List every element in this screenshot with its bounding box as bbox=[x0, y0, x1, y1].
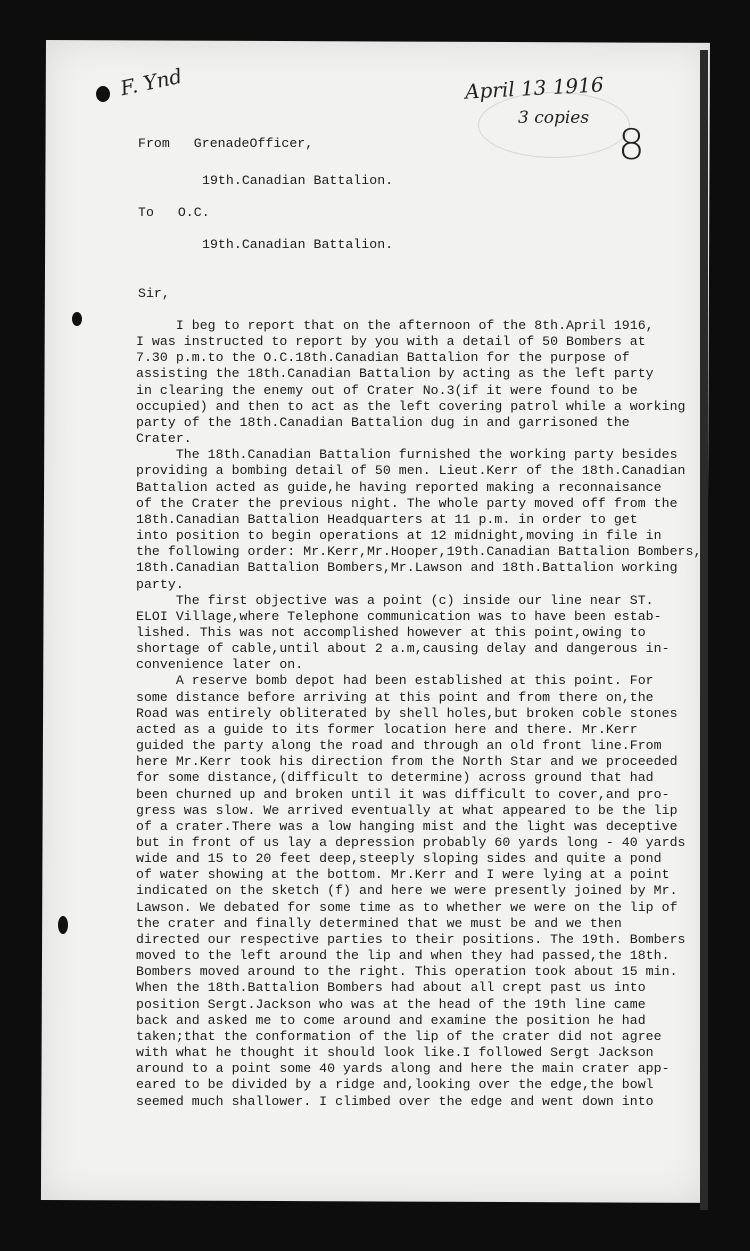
from-value: GrenadeOfficer, bbox=[194, 136, 313, 151]
body-line: taken;that the conformation of the lip o… bbox=[136, 1029, 701, 1045]
body-line: in clearing the enemy out of Crater No.3… bbox=[136, 383, 701, 399]
from-unit: 19th.Canadian Battalion. bbox=[202, 173, 393, 188]
body-line: I was instructed to report by you with a… bbox=[136, 334, 701, 350]
body-line: I beg to report that on the afternoon of… bbox=[136, 318, 701, 334]
body-line: party. bbox=[136, 577, 701, 593]
body-line: 18th.Canadian Battalion Bombers,Mr.Lawso… bbox=[136, 560, 701, 576]
body-line: for some distance,(difficult to determin… bbox=[136, 770, 701, 786]
handwritten-copies-note: 3 copies bbox=[518, 108, 589, 128]
body-line: indicated on the sketch (f) and here we … bbox=[136, 883, 701, 899]
body-line: occupied) and then to act as the left co… bbox=[136, 399, 701, 415]
body-line: of the Crater the previous night. The wh… bbox=[136, 496, 701, 512]
body-line: here Mr.Kerr took his direction from the… bbox=[136, 754, 701, 770]
to-unit: 19th.Canadian Battalion. bbox=[202, 237, 393, 252]
body-line: 7.30 p.m.to the O.C.18th.Canadian Battal… bbox=[136, 350, 701, 366]
to-value: O.C. bbox=[178, 205, 210, 220]
body-line: eared to be divided by a ridge and,looki… bbox=[136, 1077, 701, 1093]
body-line: moved to the left around the lip and whe… bbox=[136, 948, 701, 964]
body-line: convenience later on. bbox=[136, 657, 701, 673]
body-line: seemed much shallower. I climbed over th… bbox=[136, 1094, 701, 1110]
body-line: but in front of us lay a depression prob… bbox=[136, 835, 701, 851]
body-line: back and asked me to come around and exa… bbox=[136, 1013, 701, 1029]
body-line: the crater and finally determined that w… bbox=[136, 916, 701, 932]
body-line: lished. This was not accomplished howeve… bbox=[136, 625, 701, 641]
body-line: The 18th.Canadian Battalion furnished th… bbox=[136, 447, 701, 463]
body-line: around to a point some 40 yards along an… bbox=[136, 1061, 701, 1077]
from-label: From bbox=[138, 136, 170, 151]
body-line: with what he thought it should look like… bbox=[136, 1045, 701, 1061]
letter-body: I beg to report that on the afternoon of… bbox=[136, 318, 701, 1110]
body-line: acted as a guide to its former location … bbox=[136, 722, 701, 738]
body-line: When the 18th.Battalion Bombers had abou… bbox=[136, 980, 701, 996]
body-line: The first objective was a point (c) insi… bbox=[136, 593, 701, 609]
body-line: into position to begin operations at 12 … bbox=[136, 528, 701, 544]
body-line: assisting the 18th.Canadian Battalion by… bbox=[136, 366, 701, 382]
body-line: the following order: Mr.Kerr,Mr.Hooper,1… bbox=[136, 544, 701, 560]
body-line: ELOI Village,where Telephone communicati… bbox=[136, 609, 701, 625]
body-line: of a crater.There was a low hanging mist… bbox=[136, 819, 701, 835]
body-line: providing a bombing detail of 50 men. Li… bbox=[136, 463, 701, 479]
body-line: of water showing at the bottom. Mr.Kerr … bbox=[136, 867, 701, 883]
body-line: shortage of cable,until about 2 a.m,caus… bbox=[136, 641, 701, 657]
body-line: Lawson. We debated for some time as to w… bbox=[136, 900, 701, 916]
body-line: Battalion acted as guide,he having repor… bbox=[136, 480, 701, 496]
body-line: Bombers moved around to the right. This … bbox=[136, 964, 701, 980]
punch-hole bbox=[72, 312, 82, 326]
body-line: some distance before arriving at this po… bbox=[136, 690, 701, 706]
body-line: party of the 18th.Canadian Battalion dug… bbox=[136, 415, 701, 431]
body-line: A reserve bomb depot had been establishe… bbox=[136, 673, 701, 689]
body-line: 18th.Canadian Battalion Headquarters at … bbox=[136, 512, 701, 528]
page-number: 8 bbox=[618, 120, 645, 169]
body-line: guided the party along the road and thro… bbox=[136, 738, 701, 754]
body-line: wide and 15 to 20 feet deep,steeply slop… bbox=[136, 851, 701, 867]
body-line: been churned up and broken until it was … bbox=[136, 787, 701, 803]
body-line: gress was slow. We arrived eventually at… bbox=[136, 803, 701, 819]
body-line: position Sergt.Jackson who was at the he… bbox=[136, 997, 701, 1013]
body-line: directed our respective parties to their… bbox=[136, 932, 701, 948]
to-line: To O.C. bbox=[138, 205, 210, 220]
punch-hole bbox=[96, 86, 110, 102]
to-label: To bbox=[138, 205, 154, 220]
punch-hole bbox=[58, 916, 68, 934]
body-line: Crater. bbox=[136, 431, 701, 447]
salutation: Sir, bbox=[138, 286, 170, 301]
from-line: From GrenadeOfficer, bbox=[138, 136, 313, 151]
body-line: Road was entirely obliterated by shell h… bbox=[136, 706, 701, 722]
